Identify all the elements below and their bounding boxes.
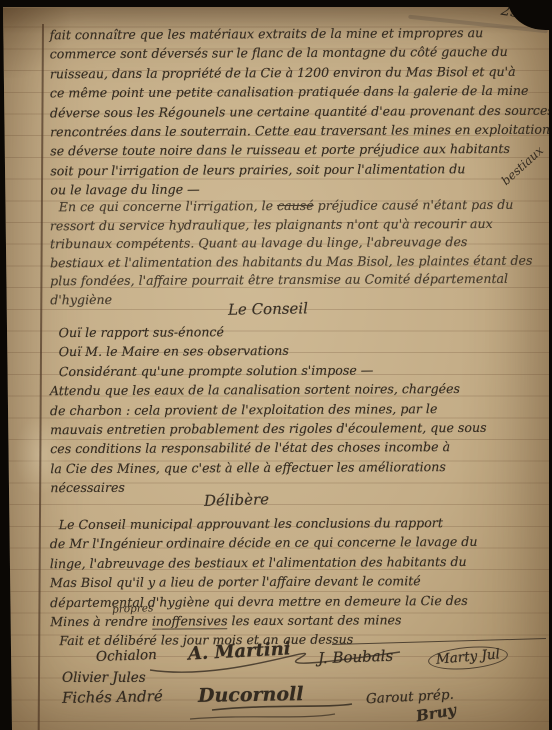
- paragraph-deliberation: Le Conseil municipal approuvant les conc…: [50, 513, 478, 651]
- manuscript-line: Ouï M. le Maire en ses observations: [50, 340, 487, 362]
- line-text: préjudice causé n'étant pas du: [314, 197, 514, 213]
- inserted-correction-word: propres: [112, 602, 154, 615]
- line-text: Mines à rendre: [50, 614, 152, 630]
- underlined-word: inoffensives: [152, 613, 228, 629]
- signature: Fichés André: [62, 687, 163, 707]
- line-text: En ce qui concerne l'irrigation, le: [59, 198, 277, 214]
- heading-delibere: Délibère: [204, 490, 269, 510]
- manuscript-line: Ouï le rapport sus-énoncé: [50, 321, 487, 343]
- manuscript-line: Mas Bisol qu'il y a lieu de porter l'aff…: [50, 571, 478, 593]
- paragraph-report: fait connaître que les matériaux extrait…: [50, 23, 552, 200]
- paragraph-irrigation: En ce qui concerne l'irrigation, le caus…: [50, 196, 533, 310]
- manuscript-line: ce même point une petite canalisation pr…: [50, 81, 552, 103]
- manuscript-line: En ce qui concerne l'irrigation, le caus…: [50, 196, 532, 217]
- manuscript-line: se déverse toute noire dans le ruisseau …: [50, 139, 552, 161]
- manuscript-line: Le Conseil municipal approuvant les conc…: [50, 513, 478, 535]
- manuscript-line: de charbon : cela provient de l'exploita…: [50, 398, 487, 420]
- signature: Olivier Jules: [62, 670, 146, 686]
- manuscript-line: tribunaux compétents. Quant au lavage du…: [50, 233, 532, 254]
- manuscript-line: ruisseau, dans la propriété de la Cie à …: [50, 61, 552, 83]
- paragraph-council: Ouï le rapport sus-énoncé Ouï M. le Mair…: [50, 321, 487, 498]
- signature: Ochialon: [96, 647, 157, 665]
- manuscript-line: plus fondées, l'affaire pourrait être tr…: [50, 270, 532, 291]
- manuscript-line: linge, l'abreuvage des bestiaux et l'ali…: [50, 552, 478, 574]
- manuscript-line: de Mr l'Ingénieur ordinaire décide en ce…: [50, 532, 478, 554]
- manuscript-line: rencontrées dans le souterrain. Cette ea…: [50, 120, 552, 142]
- paper: 23 fait connaître que les matériaux extr…: [0, 0, 552, 730]
- line-text: les eaux sortant des mines: [227, 612, 401, 628]
- struck-word: causé: [277, 198, 314, 213]
- scanned-register-page: 23 fait connaître que les matériaux extr…: [0, 0, 552, 730]
- manuscript-line: mauvais entretien probablement des rigol…: [50, 418, 487, 440]
- heading-le-conseil: Le Conseil: [228, 299, 308, 318]
- manuscript-line: fait connaître que les matériaux extrait…: [50, 23, 552, 45]
- manuscript-line: ressort du service hydraulique, les plai…: [50, 214, 532, 235]
- manuscript-line: bestiaux et l'alimentation des habitants…: [50, 252, 532, 273]
- signature: Ducornoll: [198, 683, 304, 707]
- manuscript-line: Considérant qu'une prompte solution s'im…: [50, 360, 487, 382]
- manuscript-line: soit pour l'irrigation de leurs prairies…: [50, 158, 552, 180]
- manuscript-line: la Cie des Mines, que c'est à elle à eff…: [50, 457, 487, 479]
- manuscript-line: déverse sous les Régounels une certaine …: [50, 100, 552, 122]
- signature: J. Boubals: [318, 647, 394, 668]
- manuscript-line: Attendu que les eaux de la canalisation …: [50, 379, 487, 401]
- manuscript-line: ces conditions la responsabilité de l'ét…: [50, 437, 487, 459]
- manuscript-line: commerce sont déversés sur le flanc de l…: [50, 42, 552, 64]
